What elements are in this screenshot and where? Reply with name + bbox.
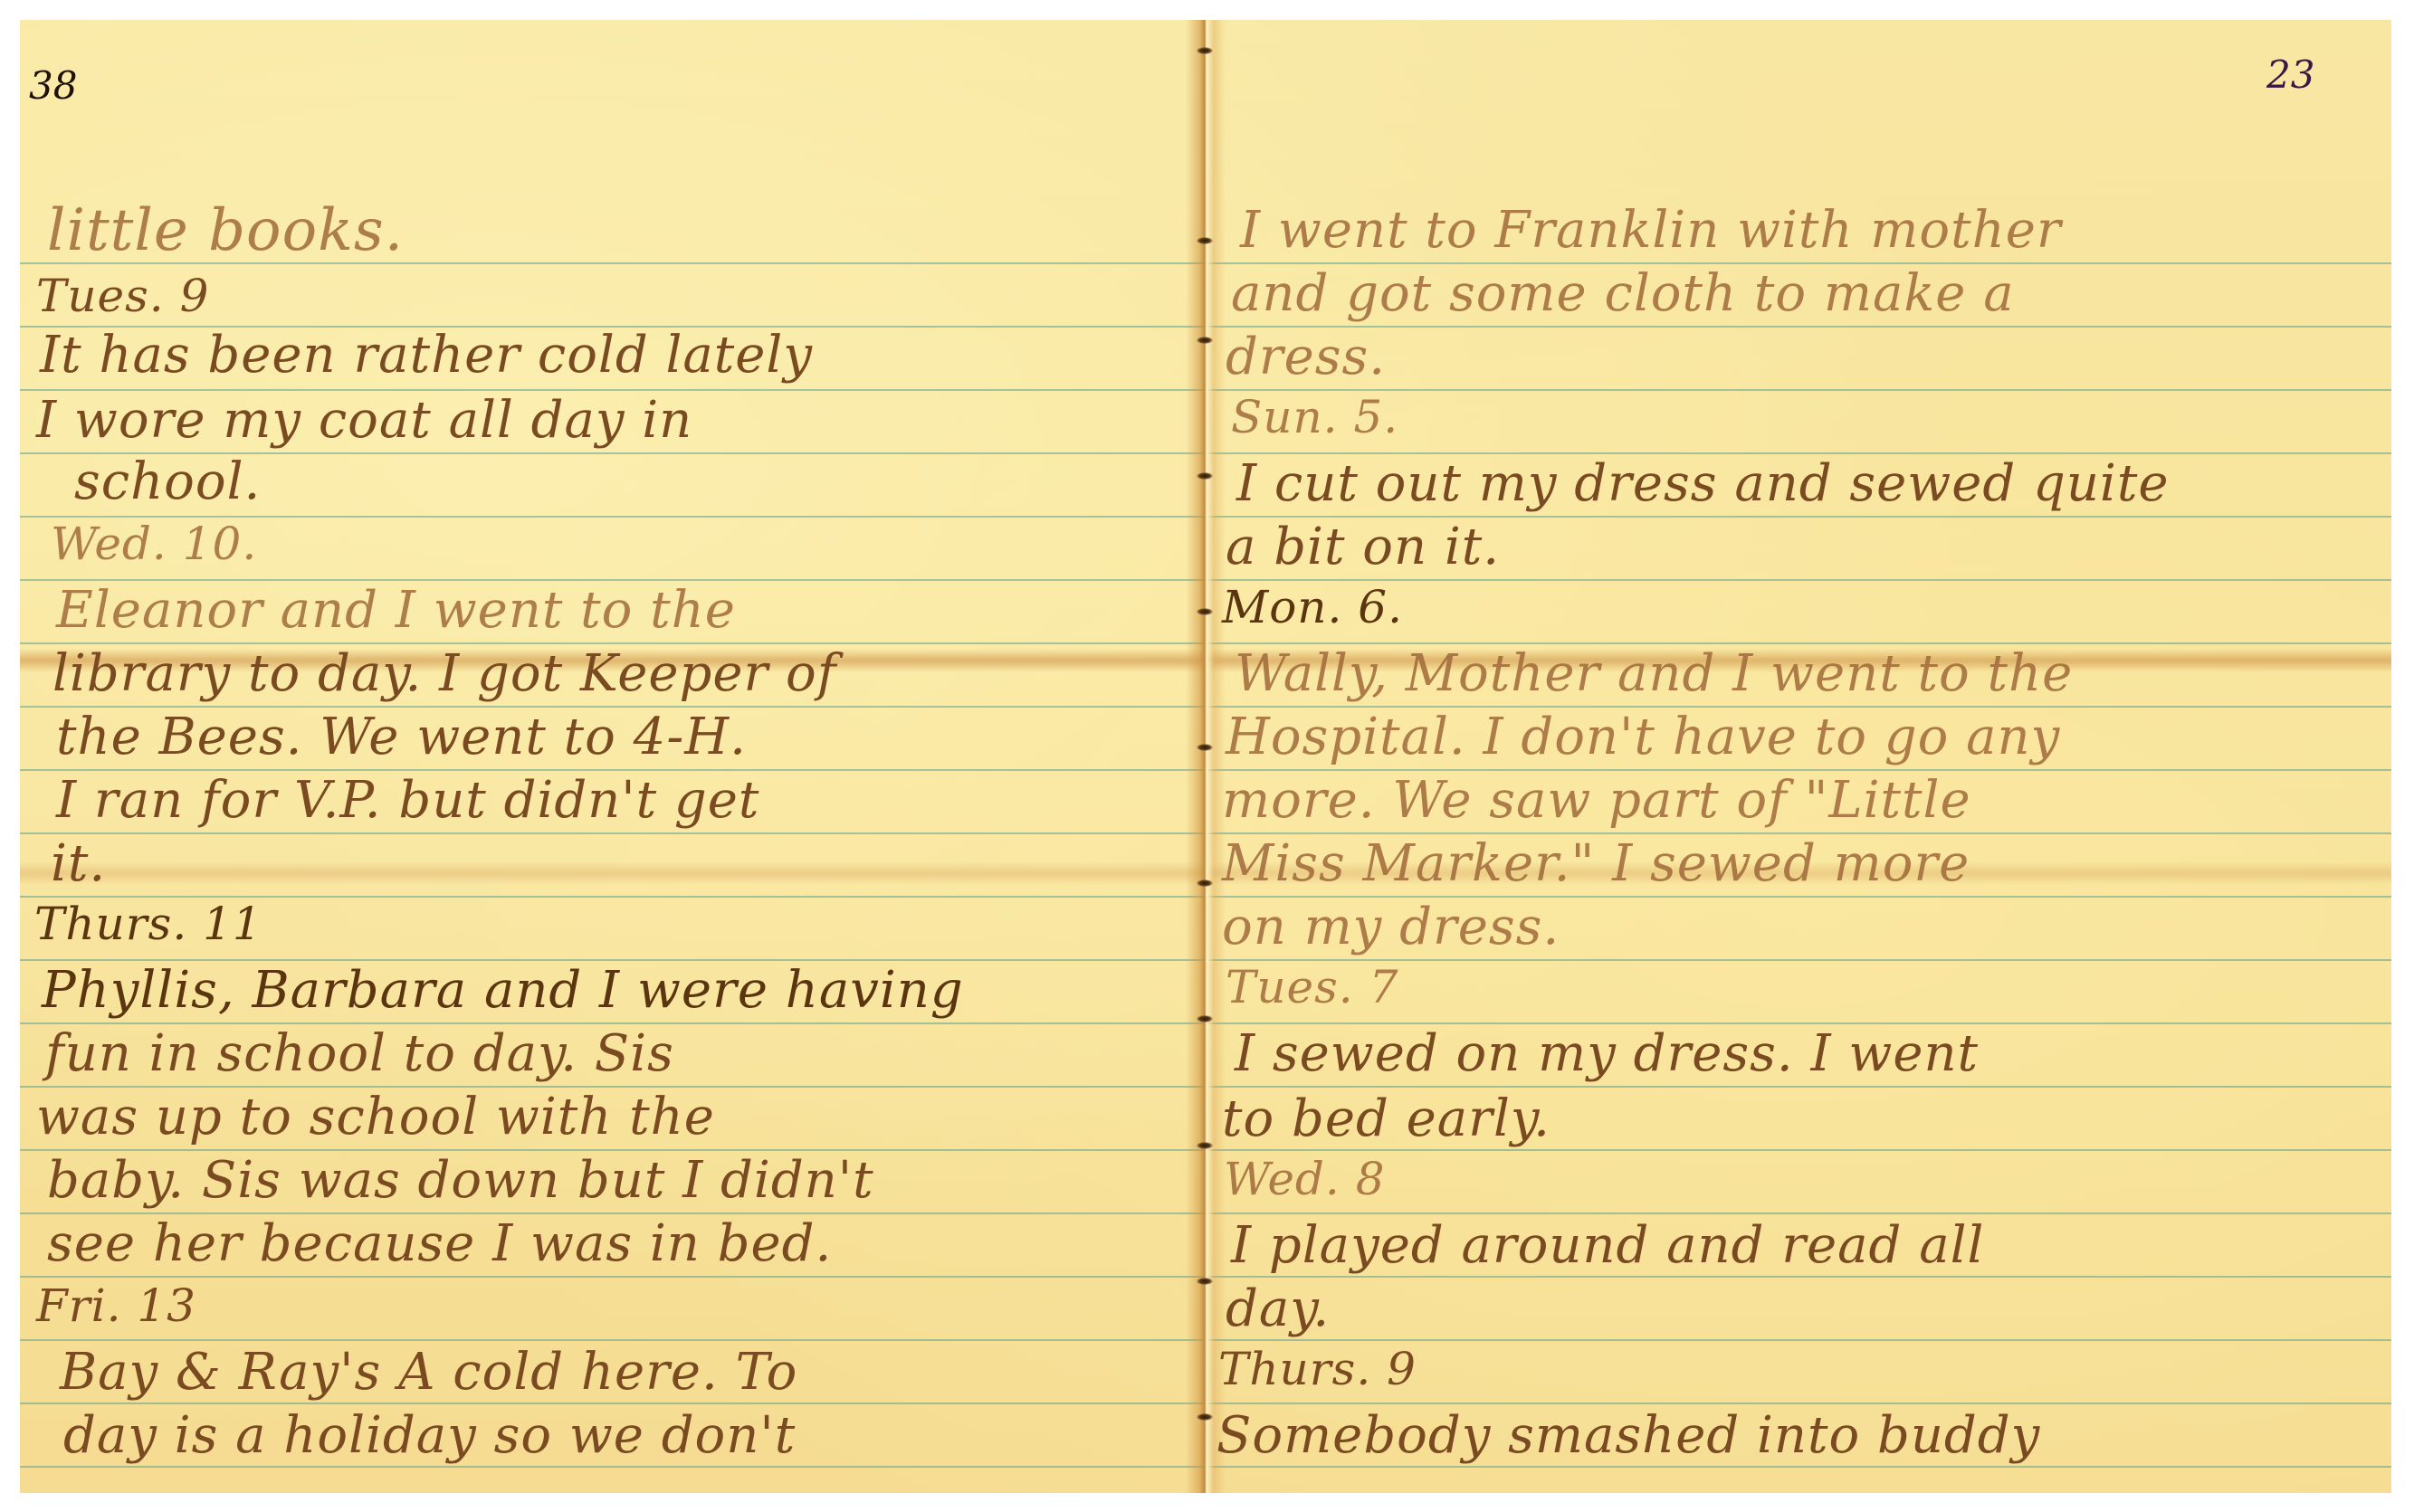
text-line: I ran for V.P. but didn't get [56, 771, 759, 830]
right-page: I went to Franklin with mother and got s… [1204, 20, 2391, 1493]
text-line: Eleanor and I went to the [56, 581, 736, 640]
text-line: I cut out my dress and sewed quite [1236, 454, 2170, 513]
text-line: day is a holiday so we don't [63, 1406, 796, 1465]
date-heading: Thurs. 11 [34, 898, 262, 950]
text-line: little books. [47, 197, 404, 264]
text-line: It has been rather cold lately [40, 326, 813, 385]
text-line: see her because I was in bed. [47, 1214, 832, 1273]
date-heading: Thurs. 9 [1218, 1343, 1417, 1395]
text-line: school. [74, 452, 261, 511]
date-heading: Mon. 6. [1222, 581, 1403, 633]
text-line: and got some cloth to make a [1231, 264, 2015, 323]
text-line: it. [51, 834, 106, 893]
text-line: more. We saw part of "Little [1222, 771, 1971, 830]
date-heading: Fri. 13 [36, 1279, 196, 1332]
text-line: I went to Franklin with mother [1240, 201, 2062, 260]
text-line: Miss Marker." I sewed more [1222, 834, 1970, 893]
text-line: Phyllis, Barbara and I were having [42, 961, 964, 1020]
date-heading: Wed. 8 [1224, 1153, 1386, 1205]
text-line: Hospital. I don't have to go any [1226, 708, 2060, 766]
text-line: to bed early. [1222, 1089, 1550, 1148]
text-line: I played around and read all [1231, 1216, 1984, 1275]
text-line: fun in school to day. Sis [45, 1024, 674, 1083]
text-line: Wally, Mother and I went to the [1235, 644, 2073, 703]
text-line: was up to school with the [36, 1088, 715, 1146]
date-heading: Tues. 9 [36, 270, 209, 322]
date-heading: Sun. 5. [1231, 391, 1398, 443]
left-page: little books. Tues. 9 It has been rather… [20, 20, 1204, 1493]
diary-spread: 38 23 little books. Tues. 9 It has been … [20, 20, 2391, 1493]
date-heading: Wed. 10. [51, 518, 257, 570]
text-line: dress. [1226, 328, 1386, 386]
text-line: baby. Sis was down but I didn't [47, 1151, 874, 1210]
text-line: the Bees. We went to 4-H. [56, 708, 747, 766]
text-line: day. [1226, 1279, 1330, 1338]
date-heading: Tues. 7 [1226, 961, 1398, 1013]
text-line: on my dress. [1222, 898, 1560, 956]
text-line: library to day. I got Keeper of [52, 644, 837, 703]
text-line: Bay & Ray's A cold here. To [60, 1343, 797, 1402]
text-line: a bit on it. [1226, 518, 1500, 576]
text-line: I sewed on my dress. I went [1235, 1024, 1979, 1083]
text-line: I wore my coat all day in [36, 391, 692, 450]
text-line: Somebody smashed into buddy [1217, 1406, 2040, 1465]
